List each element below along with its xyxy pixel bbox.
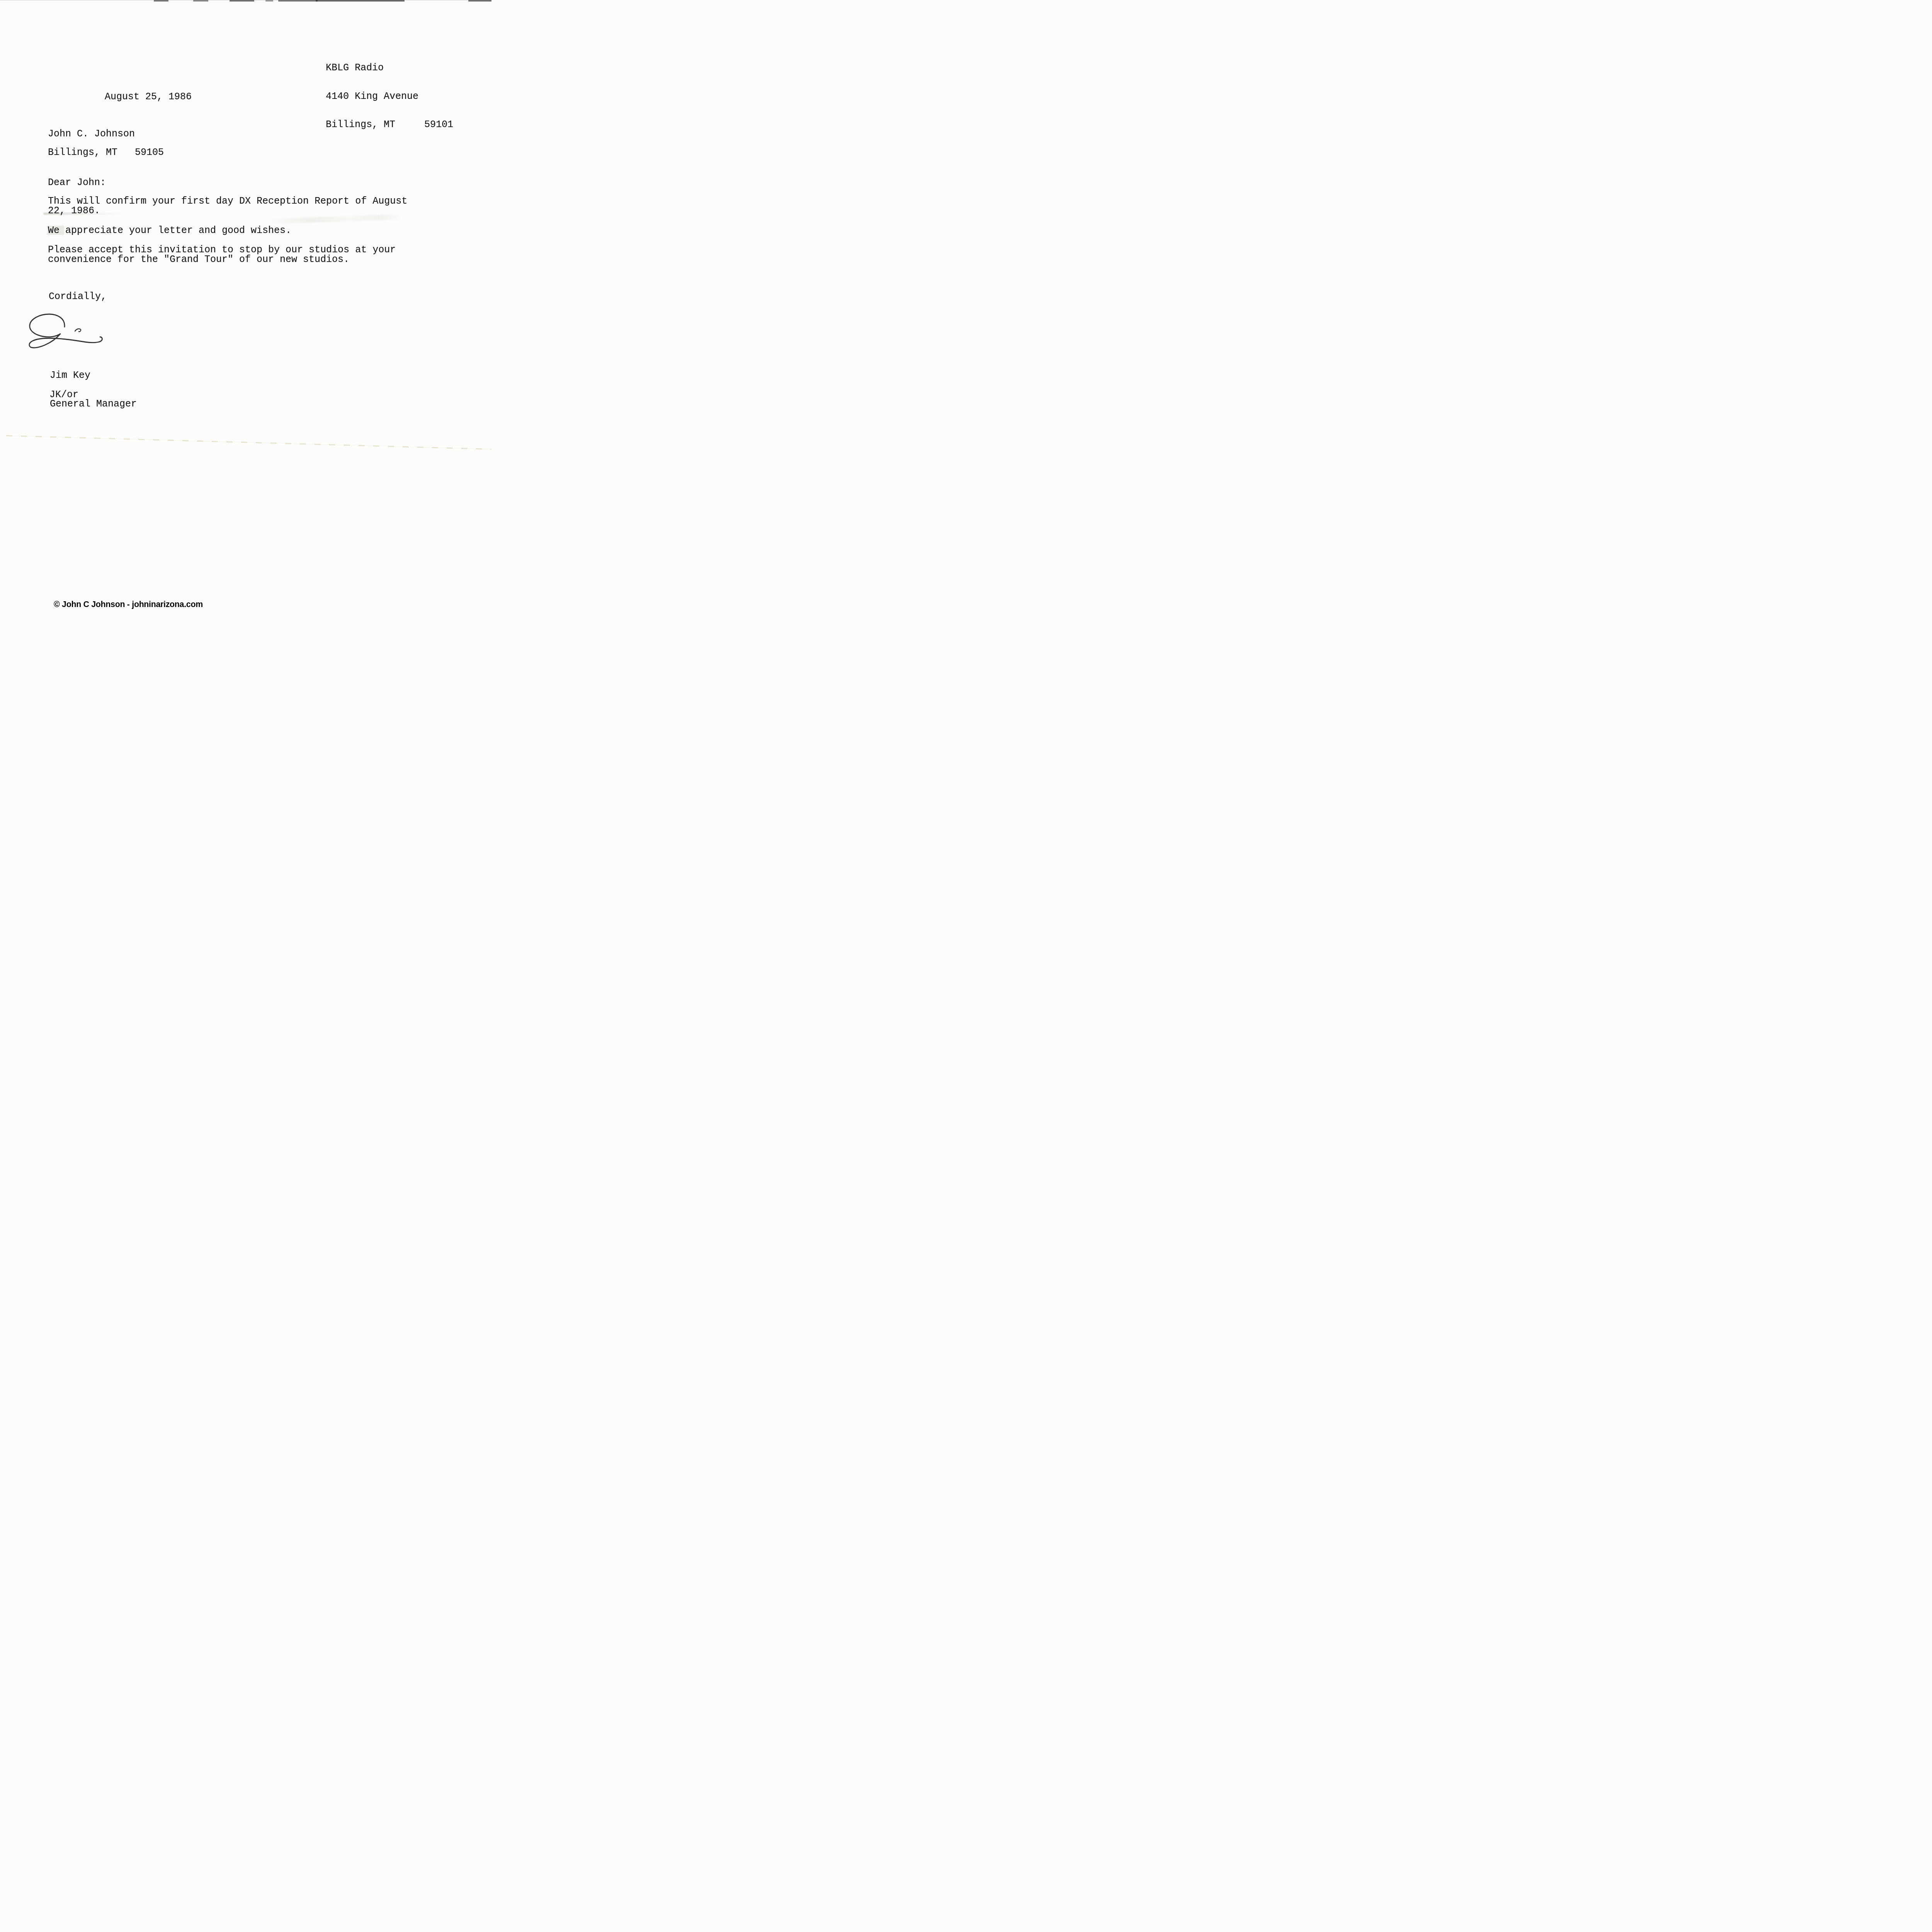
sender-line: Billings, MT 59101 (326, 120, 453, 130)
scanner-edge-dash (316, 0, 405, 2)
recipient-address: Billings, MT 59105 (48, 148, 164, 158)
scan-streak (6, 435, 492, 450)
letter-paragraph: Please accept this invitation to stop by… (48, 245, 396, 264)
sender-line: 4140 King Avenue (326, 92, 453, 102)
scanner-edge-artifact (0, 0, 492, 2)
sender-address-block: KBLG Radio 4140 King Avenue Billings, MT… (326, 44, 453, 149)
signature-icon (27, 313, 104, 350)
scanner-edge-dash (468, 0, 492, 2)
reference-initials: JK/or (49, 390, 78, 400)
signer-title: General Manager (50, 400, 137, 409)
letter-paragraph: This will confirm your first day DX Rece… (48, 197, 407, 216)
letter-scan-page: KBLG Radio 4140 King Avenue Billings, MT… (0, 0, 492, 637)
scanner-edge-dash (154, 0, 168, 2)
signer-name: Jim Key (50, 371, 137, 381)
scanner-edge-dash (265, 0, 273, 2)
copyright-watermark: © John C Johnson - johninarizona.com (54, 599, 203, 609)
scanner-edge-dash (230, 0, 254, 2)
scanner-edge-dash (278, 0, 318, 2)
closing-line: Cordially, (49, 292, 107, 302)
recipient-name: John C. Johnson (48, 129, 135, 139)
date-line: August 25, 1986 (105, 92, 192, 102)
letter-paragraph: We appreciate your letter and good wishe… (48, 226, 291, 236)
sender-line: KBLG Radio (326, 63, 453, 73)
scanner-edge-dash (193, 0, 208, 2)
salutation: Dear John: (48, 178, 106, 188)
